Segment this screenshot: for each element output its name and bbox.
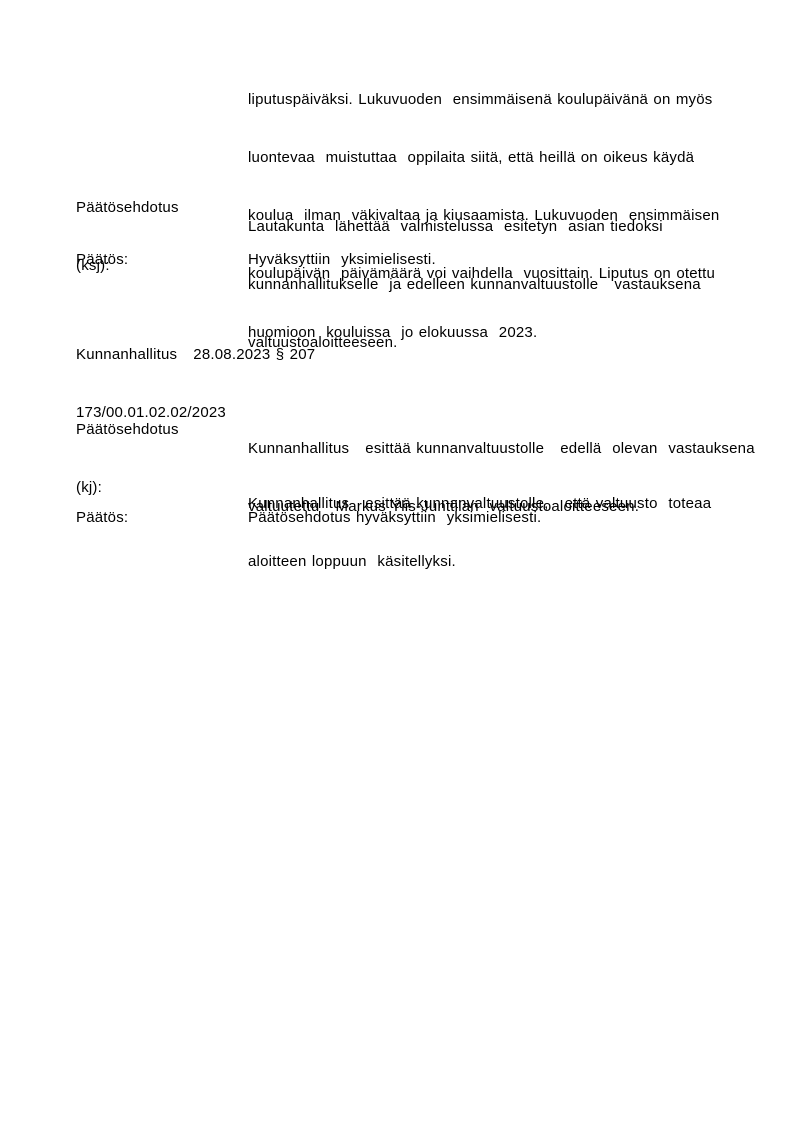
proposal-1-body-line: Lautakunta lähettää valmistelussa esitet… [248,217,701,236]
proposal-1-body-line: valtuustoaloitteeseen. [248,333,701,352]
board-entry-title: Kunnanhallitus 28.08.2023 § 207 [76,345,315,364]
proposal-1-body-line: kunnanhallitukselle ja edelleen kunnanva… [248,275,701,294]
proposal-2-label-author: (kj): [76,478,179,497]
proposal-2-body-line: aloitteen loppuun käsitellyksi. [248,552,711,571]
intro-paragraph-line: luontevaa muistuttaa oppilaita siitä, et… [248,148,719,167]
intro-paragraph-line: liputuspäiväksi. Lukuvuoden ensimmäisenä… [248,90,719,109]
decision-2-label: Päätös: [76,508,128,527]
proposal-2-body-second: Kunnanhallitus esittää kunnanvaltuustoll… [248,455,711,610]
proposal-1-label: Päätösehdotus (ksj): [76,159,179,314]
proposal-2-label-title: Päätösehdotus [76,420,179,439]
decision-1-label: Päätös: [76,250,128,269]
decision-2-text: Päätösehdotus hyväksyttiin yksimielisest… [248,508,541,527]
decision-1-text: Hyväksyttiin yksimielisesti. [248,250,436,269]
minutes-page: liputuspäiväksi. Lukuvuoden ensimmäisenä… [0,0,794,1122]
proposal-1-label-title: Päätösehdotus [76,198,179,217]
proposal-1-body: Lautakunta lähettää valmistelussa esitet… [248,178,701,391]
